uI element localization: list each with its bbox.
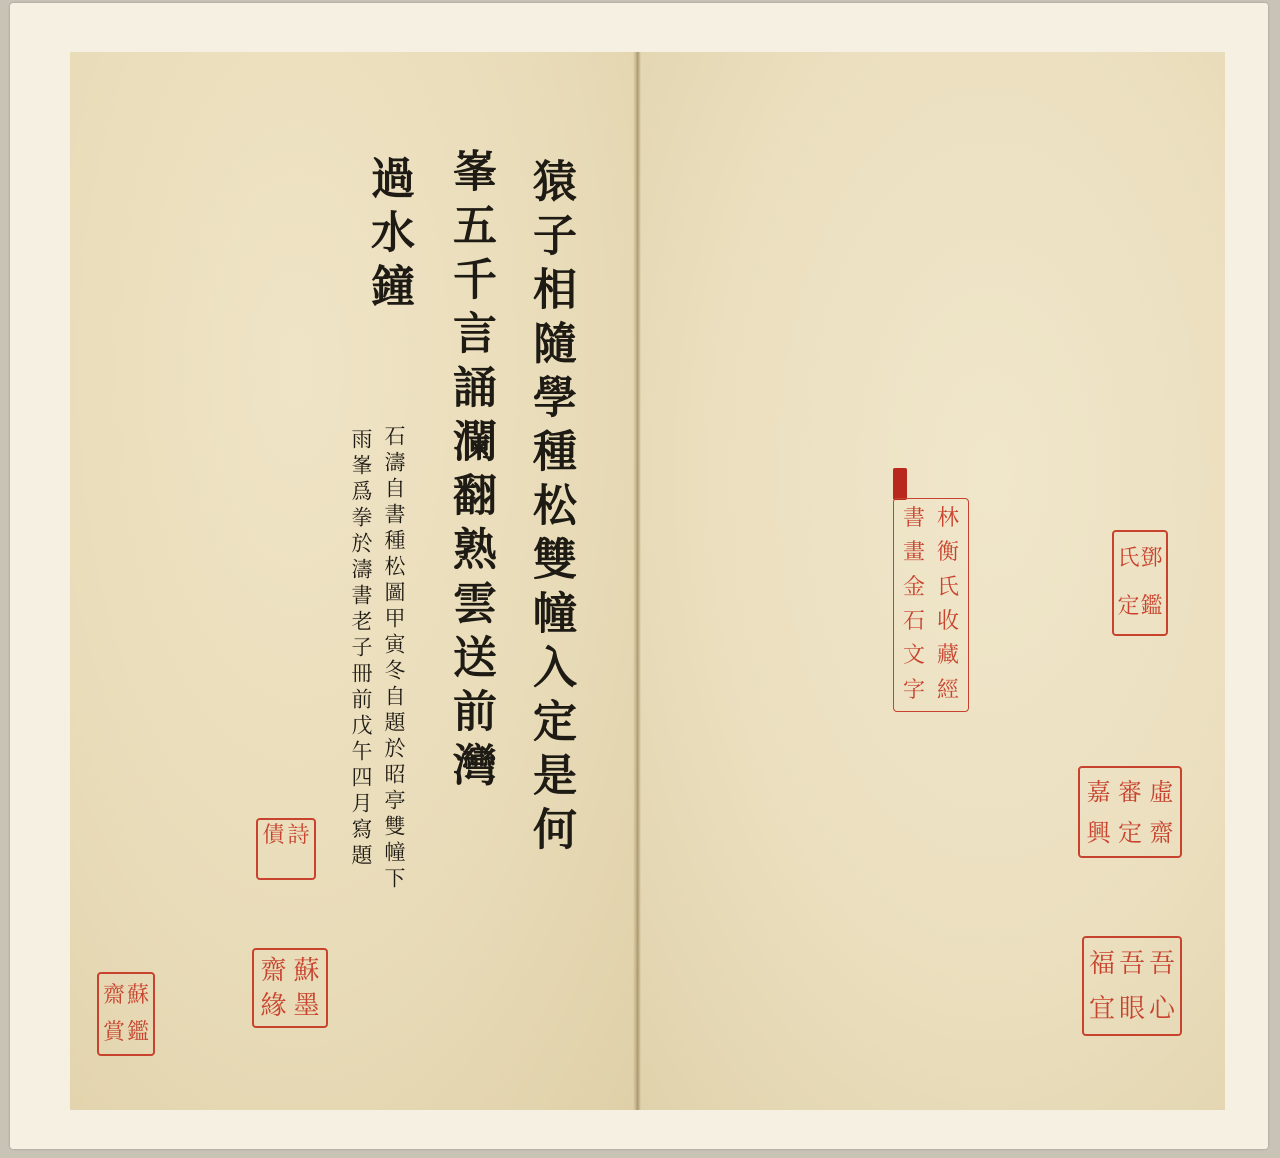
seal-char: 詩 (288, 825, 310, 847)
seal-char: 虛 (1149, 780, 1173, 804)
seal-char: 吾 (1119, 951, 1145, 977)
seal-char: 宜 (1089, 996, 1115, 1022)
seal-char: 墨 (294, 993, 320, 1019)
inscription-column-2: 雨峯爲拳於濤書老子冊前戊午四月寫題 (350, 428, 371, 870)
seal-left-upper: 詩 債 (256, 818, 316, 880)
seal-char: 蘇 (127, 985, 149, 1007)
seal-char: 緣 (261, 993, 287, 1019)
seal-char: 鑑 (127, 1022, 149, 1044)
seal-char: 鑑 (1141, 596, 1163, 618)
seal-char: 氏 (1118, 548, 1140, 570)
seal-char: 齋 (261, 958, 287, 984)
seal-char: 眼 (1119, 996, 1145, 1022)
seal-char: 收 (937, 611, 959, 633)
center-fold (633, 52, 641, 1110)
seal-char: 金 (903, 577, 925, 599)
seal-char: 鄧 (1141, 548, 1163, 570)
seal-char: 經 (937, 680, 959, 702)
seal-char: 定 (1118, 821, 1142, 845)
seal-char: 興 (1087, 821, 1111, 845)
inscription-column-1: 石濤自書種松圖甲寅冬自題於昭亭雙幢下 (383, 425, 404, 893)
seal-char: 文 (903, 645, 925, 667)
seal-right-lower: 吾 心 吾 眼 福 宜 (1082, 936, 1182, 1036)
seal-char: 審 (1118, 780, 1142, 804)
seal-char: 齋 (1149, 821, 1173, 845)
seal-char: 吾 (1149, 951, 1175, 977)
seal-char: 嘉 (1087, 780, 1111, 804)
seal-char: 石 (903, 611, 925, 633)
seal-char: 書 (903, 508, 925, 530)
calligraphy-column-3: 過水鐘 (366, 155, 410, 317)
seal-char: 債 (263, 825, 285, 847)
seal-char: 定 (1118, 596, 1140, 618)
red-mark (893, 468, 907, 500)
seal-left-middle: 蘇 齋 墨 緣 (252, 948, 328, 1028)
seal-char: 衡 (937, 542, 959, 564)
seal-char: 心 (1149, 996, 1175, 1022)
seal-left-lower: 蘇 齋 鑑 賞 (97, 972, 155, 1056)
seal-char: 齋 (103, 985, 125, 1007)
calligraphy-column-1: 猿子相隨學種松雙幢入定是何 (528, 158, 572, 860)
seal-char: 氏 (937, 577, 959, 599)
seal-char: 字 (903, 680, 925, 702)
seal-right-upper: 鄧 氏 鑑 定 (1112, 530, 1168, 636)
calligraphy-column-2: 峯五千言誦瀾翻熟雲送前灣 (448, 148, 492, 796)
seal-char: 林 (937, 508, 959, 530)
seal-right-middle: 虛 齋 審 定 嘉 興 (1078, 766, 1182, 858)
seal-right-collector-tall: 林 衡 氏 收 藏 經 書 畫 金 石 文 字 (893, 498, 969, 712)
seal-char: 藏 (937, 645, 959, 667)
seal-char: 蘇 (294, 958, 320, 984)
seal-char: 福 (1089, 951, 1115, 977)
seal-char: 賞 (103, 1022, 125, 1044)
seal-char: 畫 (903, 542, 925, 564)
